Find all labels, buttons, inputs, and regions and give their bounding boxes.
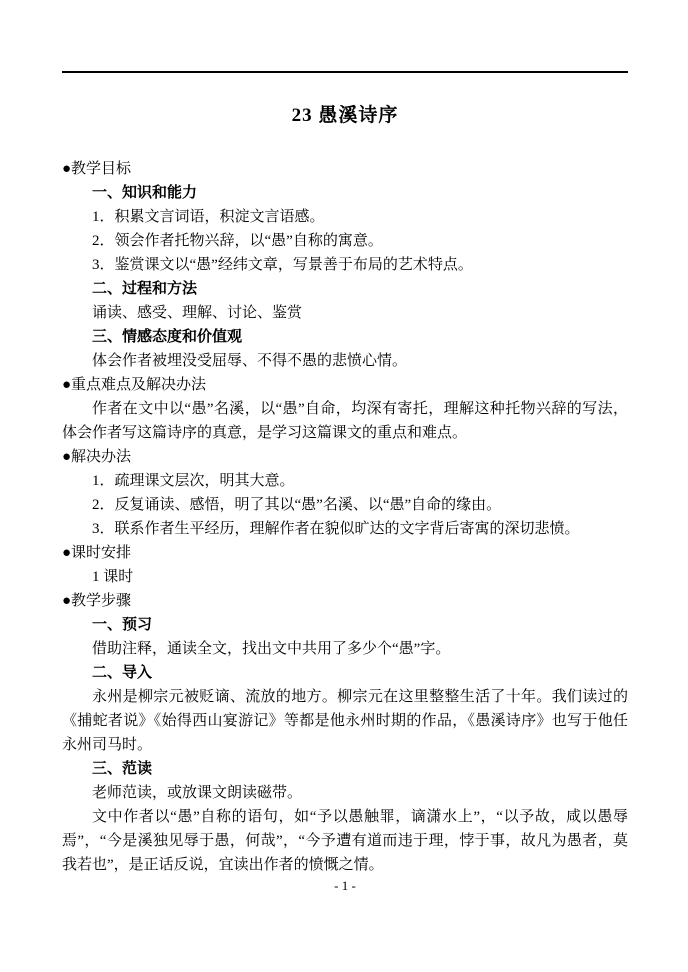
section-bullet-solutions: ●解决办法: [62, 445, 628, 469]
body-line: 老师范读，或放课文朗读磁带。: [62, 781, 628, 805]
page-number: - 1 -: [62, 876, 628, 896]
section-bullet-teaching-steps: ●教学步骤: [62, 589, 628, 613]
list-item: 1．积累文言词语，积淀文言语感。: [62, 205, 628, 229]
sub-heading-process-method: 二、过程和方法: [62, 277, 628, 301]
list-item: 3．鉴赏课文以“愚”经纬文章，写景善于布局的艺术特点。: [62, 253, 628, 277]
list-item: 2．领会作者托物兴辞，以“愚”自称的寓意。: [62, 229, 628, 253]
header-rule: [62, 71, 628, 73]
doc-title: 23 愚溪诗序: [62, 100, 628, 127]
list-item: 2．反复诵读、感悟，明了其以“愚”名溪、以“愚”自命的缘由。: [62, 493, 628, 517]
sub-heading-preview: 一、预习: [62, 613, 628, 637]
section-bullet-class-hours: ●课时安排: [62, 541, 628, 565]
body-line: 体会作者被埋没受屈辱、不得不愚的悲愤心情。: [62, 349, 628, 373]
section-bullet-teaching-goals: ●教学目标: [62, 157, 628, 181]
sub-heading-model-reading: 三、范读: [62, 757, 628, 781]
document-body: ●教学目标 一、知识和能力 1．积累文言词语，积淀文言语感。 2．领会作者托物兴…: [62, 157, 628, 877]
sub-heading-introduction: 二、导入: [62, 661, 628, 685]
body-paragraph: 作者在文中以“愚”名溪，以“愚”自命，均深有寄托，理解这种托物兴辞的写法，体会作…: [62, 397, 628, 445]
sub-heading-knowledge-ability: 一、知识和能力: [62, 181, 628, 205]
body-line: 1 课时: [62, 565, 628, 589]
list-item: 3．联系作者生平经历，理解作者在貌似旷达的文字背后寄寓的深切悲愤。: [62, 517, 628, 541]
body-line: 借助注释，通读全文，找出文中共用了多少个“愚”字。: [62, 637, 628, 661]
body-paragraph: 文中作者以“愚”自称的语句，如“予以愚触罪，谪潇水上”，“以予故，咸以愚辱焉”，…: [62, 805, 628, 877]
section-bullet-key-points: ●重点难点及解决办法: [62, 373, 628, 397]
list-item: 1．疏理课文层次，明其大意。: [62, 469, 628, 493]
body-line: 诵读、感受、理解、讨论、鉴赏: [62, 301, 628, 325]
sub-heading-emotion-values: 三、情感态度和价值观: [62, 325, 628, 349]
body-paragraph: 永州是柳宗元被贬谪、流放的地方。柳宗元在这里整整生活了十年。我们读过的《捕蛇者说…: [62, 685, 628, 757]
document-page: 23 愚溪诗序 ●教学目标 一、知识和能力 1．积累文言词语，积淀文言语感。 2…: [0, 0, 688, 972]
